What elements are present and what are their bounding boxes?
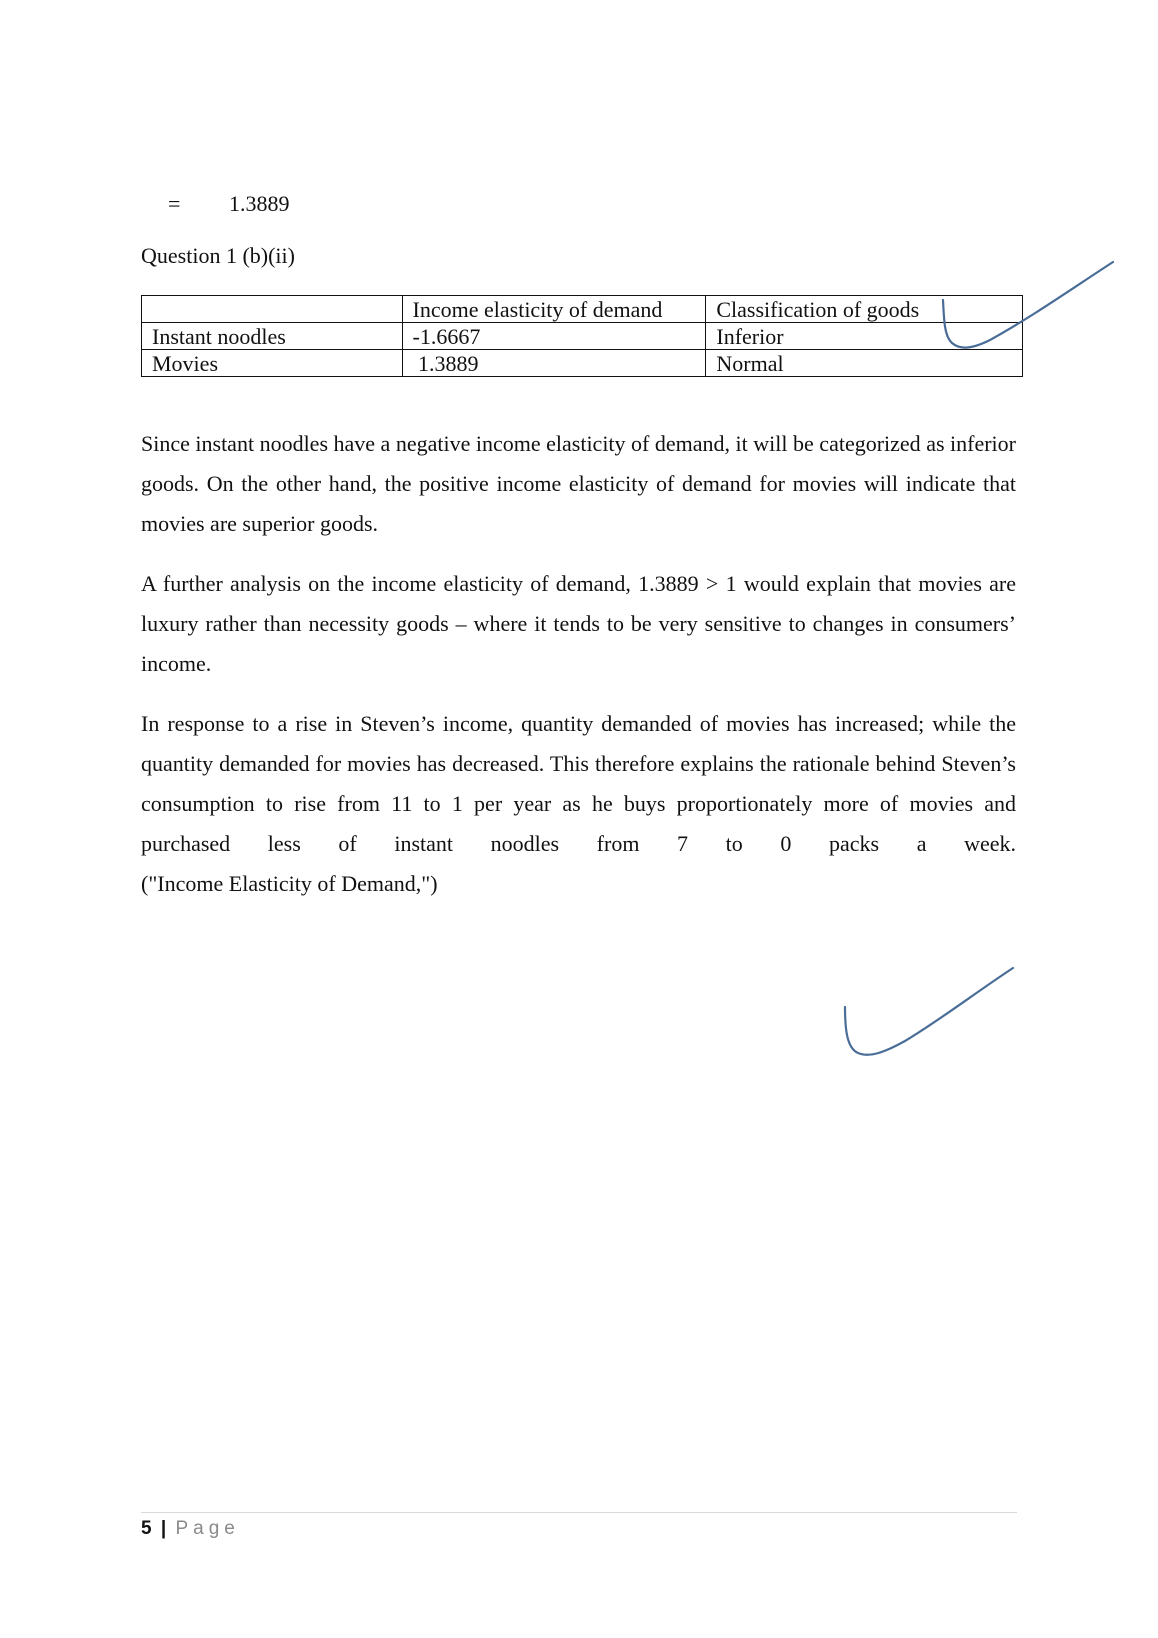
table-header-row: Income elasticity of demand Classificati… xyxy=(142,296,1023,323)
equals-sign: = xyxy=(168,191,180,217)
table-row: Movies 1.3889 Normal xyxy=(142,350,1023,377)
header-cell-classification: Classification of goods xyxy=(706,296,1023,323)
paragraph-luxury-analysis: A further analysis on the income elastic… xyxy=(141,564,1016,684)
page-label: Page xyxy=(175,1518,239,1539)
header-cell-empty xyxy=(142,296,403,323)
page-footer: 5 | Page xyxy=(141,1517,240,1541)
equation-value: 1.3889 xyxy=(229,191,290,217)
cell-classification: Normal xyxy=(706,350,1023,377)
page-separator: | xyxy=(161,1518,166,1539)
citation: ("Income Elasticity of Demand,") xyxy=(141,871,438,896)
table-row: Instant noodles -1.6667 Inferior xyxy=(142,323,1023,350)
document-page: = 1.3889 Question 1 (b)(ii) Income elast… xyxy=(0,0,1158,1638)
cell-elasticity: -1.6667 xyxy=(402,323,706,350)
checkmark-icon xyxy=(845,968,1013,1055)
cell-good: Instant noodles xyxy=(142,323,403,350)
footer-divider xyxy=(141,1512,1017,1513)
paragraph-consumption-response: In response to a rise in Steven’s income… xyxy=(141,704,1016,904)
header-cell-elasticity: Income elasticity of demand xyxy=(402,296,706,323)
paragraph-body: In response to a rise in Steven’s income… xyxy=(141,704,1016,864)
paragraph-classification: Since instant noodles have a negative in… xyxy=(141,424,1016,544)
cell-classification: Inferior xyxy=(706,323,1023,350)
question-heading: Question 1 (b)(ii) xyxy=(141,243,295,269)
elasticity-table: Income elasticity of demand Classificati… xyxy=(141,295,1023,377)
page-number: 5 xyxy=(141,1518,152,1539)
cell-good: Movies xyxy=(142,350,403,377)
cell-elasticity: 1.3889 xyxy=(402,350,706,377)
